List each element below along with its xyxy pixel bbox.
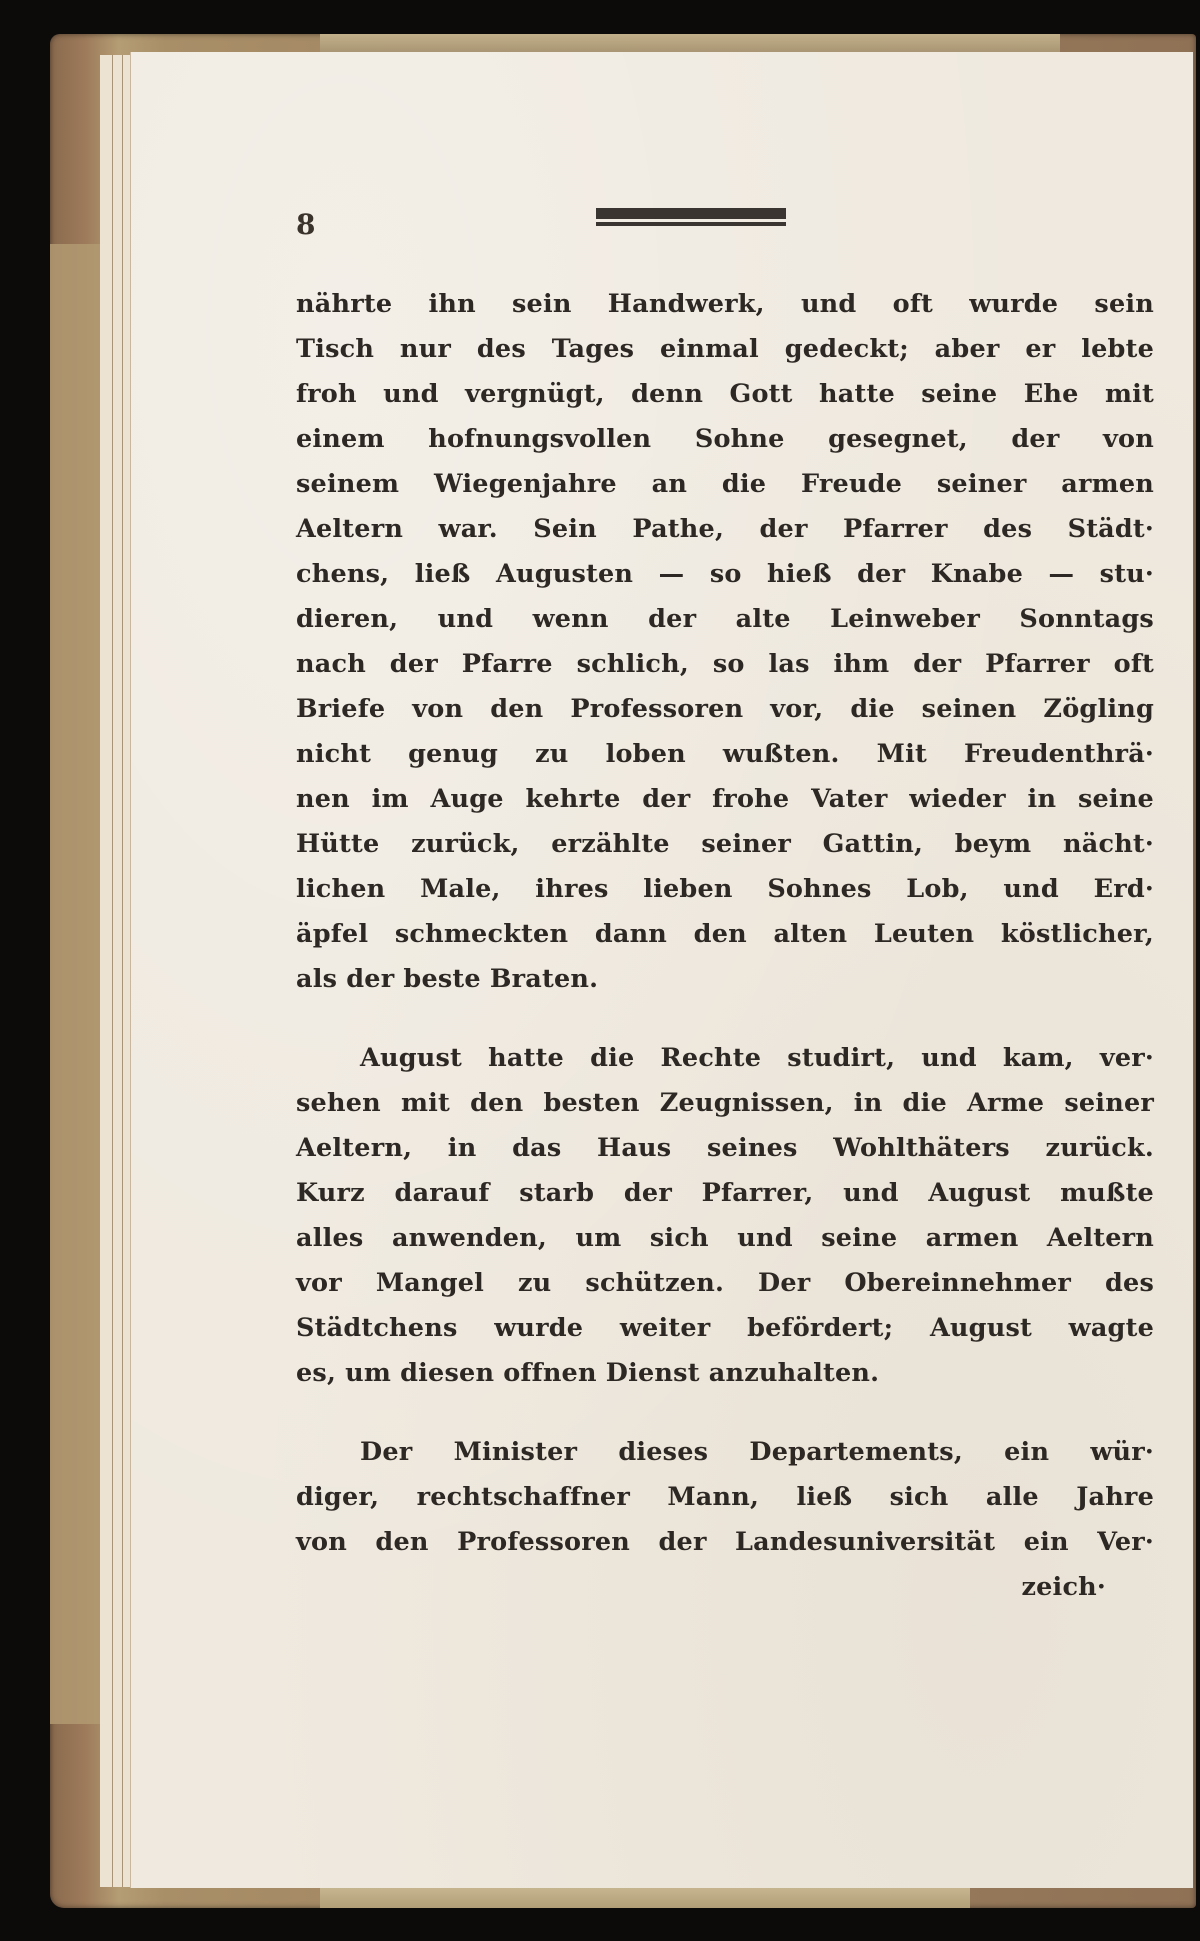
text-line: von den Professoren der Landesuniversitä… <box>296 1520 1154 1565</box>
text-line: als der beste Braten. <box>296 957 1154 1002</box>
text-line: seinem Wiegenjahre an die Freude seiner … <box>296 462 1154 507</box>
header-ornament-rule <box>596 208 786 226</box>
text-line: lichen Male, ihres lieben Sohnes Lob, un… <box>296 867 1154 912</box>
header-rule-thin <box>596 222 786 226</box>
text-line: diger, rechtschaffner Mann, ließ sich al… <box>296 1475 1154 1520</box>
text-line: August hatte die Rechte studirt, und kam… <box>296 1036 1154 1081</box>
text-line: nach der Pfarre schlich, so las ihm der … <box>296 642 1154 687</box>
text-line: nen im Auge kehrte der frohe Vater wiede… <box>296 777 1154 822</box>
text-line: Aeltern, in das Haus seines Wohlthäters … <box>296 1126 1154 1171</box>
text-line: Tisch nur des Tages einmal gedeckt; aber… <box>296 327 1154 372</box>
paragraph-gap <box>296 1002 1154 1036</box>
body-text: nährte ihn sein Handwerk, und oft wurde … <box>296 282 1154 1610</box>
text-line: sehen mit den besten Zeugnissen, in die … <box>296 1081 1154 1126</box>
text-line: dieren, und wenn der alte Leinweber Sonn… <box>296 597 1154 642</box>
text-line: einem hofnungsvollen Sohne gesegnet, der… <box>296 417 1154 462</box>
text-line: alles anwenden, um sich und seine armen … <box>296 1216 1154 1261</box>
text-line: nährte ihn sein Handwerk, und oft wurde … <box>296 282 1154 327</box>
text-line: Aeltern war. Sein Pathe, der Pfarrer des… <box>296 507 1154 552</box>
text-line: nicht genug zu loben wußten. Mit Freuden… <box>296 732 1154 777</box>
text-line: froh und vergnügt, denn Gott hatte seine… <box>296 372 1154 417</box>
vellum-corner-top <box>320 34 1060 52</box>
text-line: äpfel schmeckten dann den alten Leuten k… <box>296 912 1154 957</box>
text-line: Der Minister dieses Departements, ein wü… <box>296 1430 1154 1475</box>
text-line: Hütte zurück, erzählte seiner Gattin, be… <box>296 822 1154 867</box>
header-rule-thick <box>596 208 786 219</box>
text-line: es, um diesen offnen Dienst anzuhalten. <box>296 1351 1154 1396</box>
text-line: chens, ließ Augusten — so hieß der Knabe… <box>296 552 1154 597</box>
catchword: zeich· <box>296 1565 1154 1610</box>
page-number: 8 <box>296 208 315 241</box>
text-line: vor Mangel zu schützen. Der Obereinnehme… <box>296 1261 1154 1306</box>
text-line: Kurz darauf starb der Pfarrer, und Augus… <box>296 1171 1154 1216</box>
text-line: Städtchens wurde weiter befördert; Augus… <box>296 1306 1154 1351</box>
text-line: Briefe von den Professoren vor, die sein… <box>296 687 1154 732</box>
paragraph-gap <box>296 1396 1154 1430</box>
